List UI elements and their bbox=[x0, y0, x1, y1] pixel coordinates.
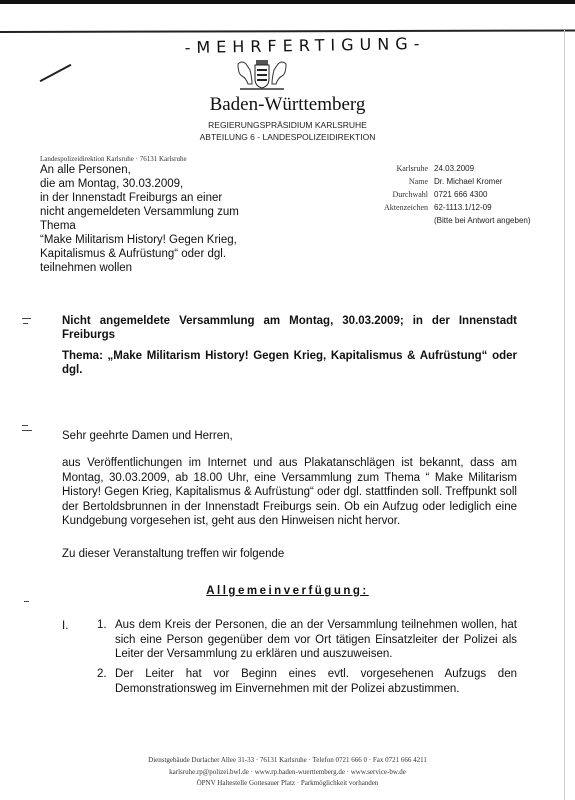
letter-footer: Dienstgebäude Durlacher Allee 31-33 · 76… bbox=[0, 755, 575, 790]
salutation: Sehr geehrte Damen und Herren, bbox=[62, 430, 233, 442]
lead-in-text: Zu dieser Veranstaltung treffen wir folg… bbox=[62, 548, 284, 560]
order-item: 2. Der Leiter hat vor Beginn eines evtl.… bbox=[97, 667, 517, 696]
meta-row-file-number: Aktenzeichen 62-1113.1/12-09 bbox=[360, 201, 531, 214]
meta-row-name: Name Dr. Michael Kromer bbox=[360, 175, 531, 188]
meta-row-date: Karlsruhe 24.03.2009 bbox=[360, 162, 531, 175]
coat-of-arms-icon bbox=[234, 58, 290, 92]
recipient-line: teilnehmen wollen bbox=[40, 261, 239, 275]
authority-block: REGIERUNGSPRÄSIDIUM KARLSRUHE ABTEILUNG … bbox=[0, 119, 575, 143]
fold-mark bbox=[24, 601, 29, 602]
meta-value: Dr. Michael Kromer bbox=[434, 175, 502, 188]
body-paragraph: aus Veröffentlichungen im Internet und a… bbox=[62, 456, 517, 529]
recipient-line: Thema bbox=[40, 219, 239, 233]
section-title: Allgemeinverfügung: bbox=[0, 585, 575, 597]
order-text: Aus dem Kreis der Personen, die an der V… bbox=[115, 618, 517, 662]
fold-mark bbox=[22, 430, 32, 431]
recipient-line: “Make Militarism History! Gegen Krieg, bbox=[40, 233, 239, 247]
footer-address: Dienstgebäude Durlacher Allee 31-33 · 76… bbox=[0, 755, 575, 767]
page-top-edge bbox=[0, 29, 575, 33]
recipient-line: in der Innenstadt Freiburgs an einer bbox=[40, 191, 239, 205]
handwritten-annotation: -MEHRFERTIGUNG- bbox=[175, 34, 435, 58]
recipient-address: An alle Personen, die am Montag, 30.03.2… bbox=[40, 163, 239, 275]
meta-label: Aktenzeichen bbox=[360, 201, 434, 214]
reference-block: Karlsruhe 24.03.2009 Name Dr. Michael Kr… bbox=[360, 162, 531, 227]
fold-mark bbox=[22, 318, 31, 319]
authority-line-2: ABTEILUNG 6 - LANDESPOLIZEIDIREKTION bbox=[0, 131, 575, 143]
meta-label: Karlsruhe bbox=[360, 162, 434, 175]
recipient-line: Kapitalismus & Aufrüstung“ oder dgl. bbox=[40, 247, 239, 261]
meta-label bbox=[360, 214, 434, 227]
order-text: Der Leiter hat vor Beginn eines evtl. vo… bbox=[115, 667, 517, 696]
order-roman-numeral: I. bbox=[62, 620, 68, 632]
page-right-edge bbox=[564, 30, 565, 800]
meta-label: Durchwahl bbox=[360, 188, 434, 201]
meta-value: 0721 666 4300 bbox=[434, 188, 487, 201]
meta-label: Name bbox=[360, 175, 434, 188]
recipient-line: nicht angemeldeten Versammlung zum bbox=[40, 205, 239, 219]
meta-value: 62-1113.1/12-09 bbox=[434, 201, 492, 214]
subject-line: Nicht angemeldete Versammlung am Montag,… bbox=[62, 314, 517, 342]
subject-block: Nicht angemeldete Versammlung am Montag,… bbox=[62, 314, 517, 384]
subject-topic: Thema: „Make Militarism History! Gegen K… bbox=[62, 349, 517, 377]
recipient-line: An alle Personen, bbox=[40, 163, 239, 177]
recipient-line: die am Montag, 30.03.2009, bbox=[40, 177, 239, 191]
order-number: 1. bbox=[97, 618, 115, 662]
sender-return-address: Landespolizeidirektion Karlsruhe · 76131… bbox=[40, 155, 187, 163]
footer-contact: karlsruhe.rp@polizei.bwl.de · www.rp.bad… bbox=[0, 767, 575, 779]
pen-stroke-mark bbox=[40, 64, 72, 82]
order-item: 1. Aus dem Kreis der Personen, die an de… bbox=[97, 618, 517, 662]
state-name: Baden-Württemberg bbox=[0, 94, 575, 116]
meta-row-phone: Durchwahl 0721 666 4300 bbox=[360, 188, 531, 201]
meta-value: 24.03.2009 bbox=[434, 162, 474, 175]
scan-top-edge bbox=[0, 0, 575, 4]
meta-value: (Bitte bei Antwort angeben) bbox=[434, 214, 531, 227]
order-number: 2. bbox=[97, 667, 115, 696]
meta-row-note: (Bitte bei Antwort angeben) bbox=[360, 214, 531, 227]
fold-mark bbox=[22, 425, 28, 426]
authority-line-1: REGIERUNGSPRÄSIDIUM KARLSRUHE bbox=[0, 119, 575, 131]
fold-mark bbox=[23, 323, 28, 324]
footer-transit: ÖPNV Haltestelle Gottesauer Platz · Park… bbox=[0, 778, 575, 790]
